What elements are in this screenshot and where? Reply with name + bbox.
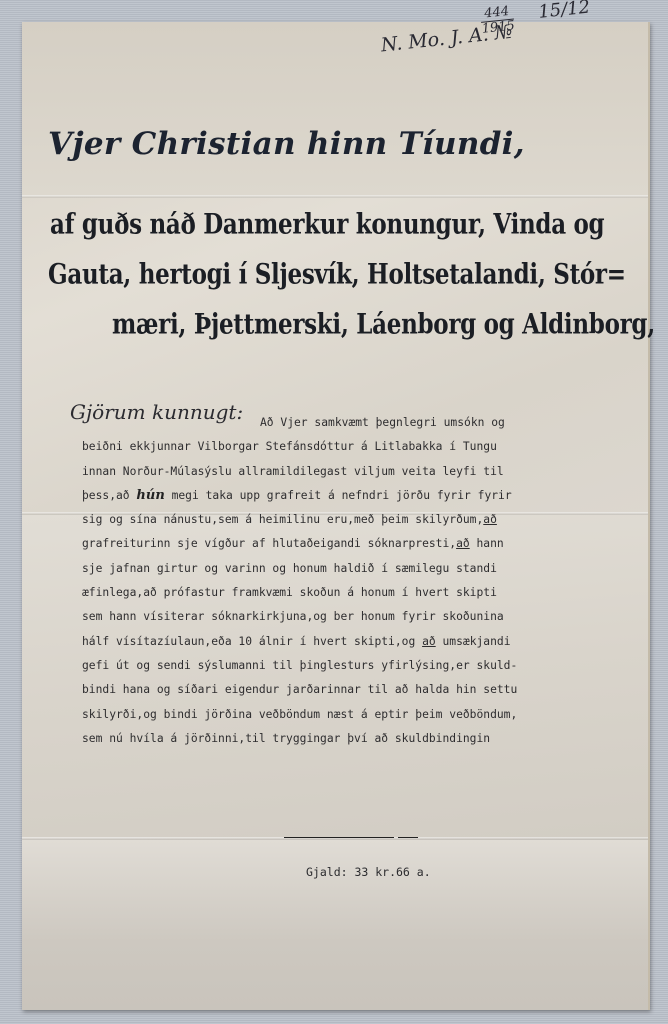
body-line: sem nú hvíla á jörðinni,til tryggingar þ… xyxy=(82,727,602,751)
body-line: sig og sína nánustu,sem á heimilinu eru,… xyxy=(82,508,602,532)
body-line: innan Norður-Múlasýslu allramildilegast … xyxy=(82,460,602,484)
fee-text: Gjald: 33 kr.66 a. xyxy=(306,865,431,879)
body-line: grafreiturinn sje vígður af hlutaðeigand… xyxy=(82,532,602,556)
underlined-word: að xyxy=(422,635,436,648)
underlined-word: að xyxy=(483,513,497,526)
body-line: Að Vjer samkvæmt þegnlegri umsókn og xyxy=(82,411,602,435)
body-line: æfinlega,að prófastur framkvæmi skoðun á… xyxy=(82,581,602,605)
typed-body-text: Að Vjer samkvæmt þegnlegri umsókn ogbeið… xyxy=(82,411,602,751)
handwritten-insertion: hún xyxy=(136,488,164,503)
reference-number: 444 1915 xyxy=(480,5,516,37)
reference-date: 15/12 xyxy=(537,0,591,23)
heading-line: mæri, Þjettmerski, Láenborg og Aldinborg… xyxy=(112,308,668,341)
heading-line: af guðs náð Danmerkur konungur, Vinda og xyxy=(50,208,610,241)
heading-line: Gauta, hertogi í Sljesvík, Holtsetalandi… xyxy=(48,258,608,291)
signature-rule xyxy=(398,837,418,838)
fold-crease xyxy=(22,195,648,198)
underlined-word: að xyxy=(456,537,470,550)
body-line: sje jafnan girtur og varinn og honum hal… xyxy=(82,557,602,581)
body-line: beiðni ekkjunnar Vilborgar Stefánsdóttur… xyxy=(82,435,602,459)
body-line: hálf vísítazíulaun,eða 10 álnir í hvert … xyxy=(82,630,602,654)
body-line: bindi hana og síðari eigendur jarðarinna… xyxy=(82,678,602,702)
body-line: skilyrði,og bindi jörðina veðböndum næst… xyxy=(82,703,602,727)
document-title: Vjer Christian hinn Tíundi, xyxy=(48,126,628,162)
body-line: þess,að hún megi taka upp grafreit á nef… xyxy=(82,484,602,508)
body-line: sem hann vísiterar sóknarkirkjuna,og ber… xyxy=(82,605,602,629)
signature-rule xyxy=(284,837,394,838)
body-line: gefi út og sendi sýslumanni til þinglest… xyxy=(82,654,602,678)
